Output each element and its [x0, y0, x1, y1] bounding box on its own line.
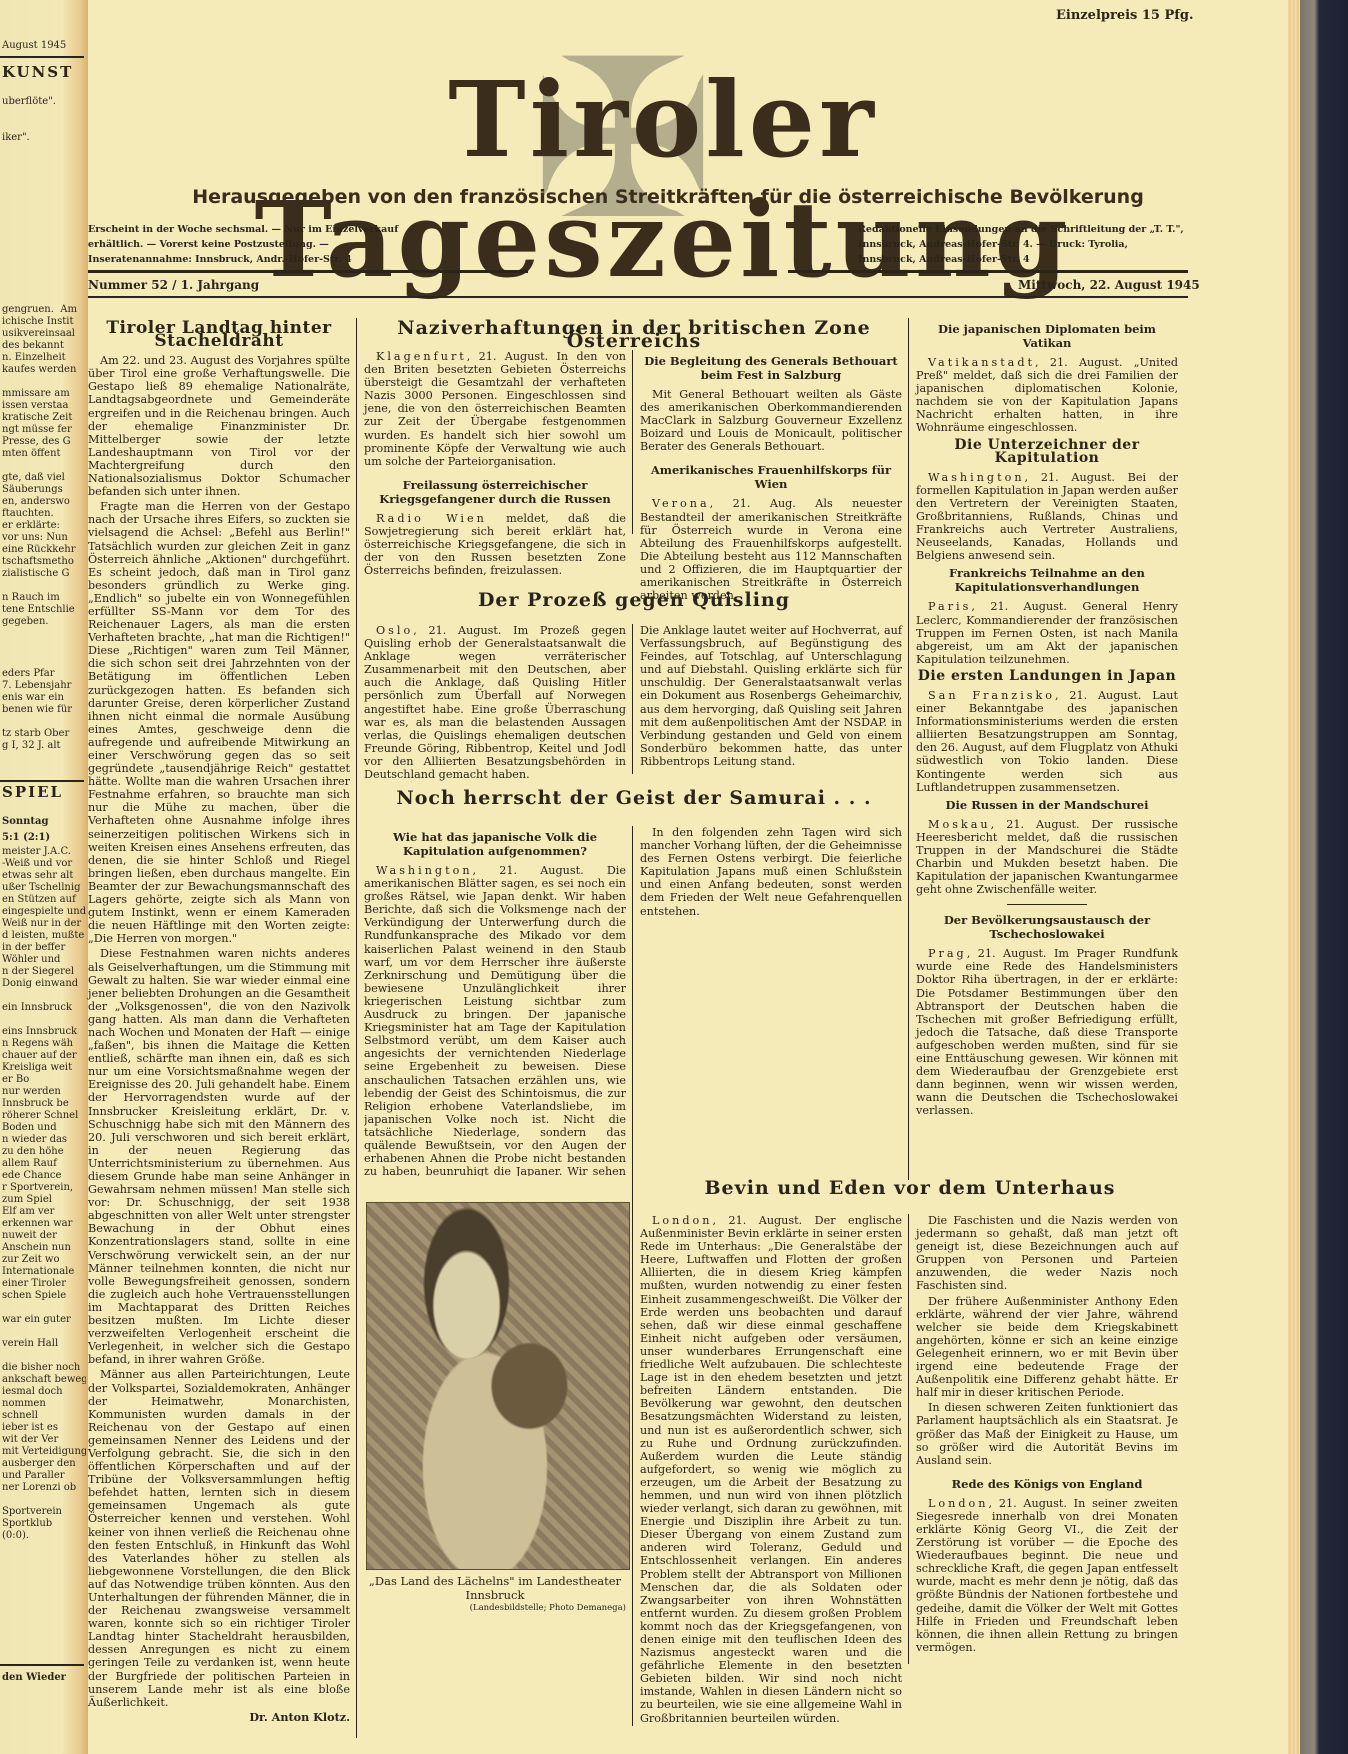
- article-landtag: Tiroler Landtag hinter Stacheldraht Am 2…: [88, 318, 350, 1724]
- subheadline: Wie hat das japanische Volk die Kapitula…: [364, 830, 626, 858]
- book-binding: [1300, 0, 1348, 1754]
- article-paragraph: Mit General Bethouart weilten als Gäste …: [640, 388, 902, 453]
- article-bevin-part1: London, 21. August. Der englische Außenm…: [640, 1214, 902, 1734]
- photo-caption: „Das Land des Lächelns" im Landestheater…: [364, 1574, 626, 1602]
- masthead-bottom-rule: [88, 296, 1188, 298]
- article-quisling-headline: Der Prozeß gegen Quisling: [364, 590, 904, 613]
- article-paragraph: Paris, 21. August. General Henry Leclerc…: [916, 600, 1178, 665]
- divider: [0, 56, 84, 58]
- headline: Amerikanisches Frauenhilfskorps für Wien: [640, 463, 902, 491]
- article-paragraph: Prag, 21. August. Im Prager Rundfunk wur…: [916, 947, 1178, 1117]
- adjacent-fragments-sport: meister J.A.C. -Weiß und vor etwas sehr …: [2, 846, 86, 1542]
- article-samurai-headline: Noch herrscht der Geist der Samurai . . …: [364, 788, 904, 811]
- headline: Tiroler Landtag hinter Stacheldraht: [88, 322, 350, 348]
- article-paragraph: Oslo, 21. August. Im Prozeß gegen Quisli…: [364, 624, 626, 781]
- publication-note: Erscheint in der Woche sechsmal. — Nur i…: [88, 222, 418, 267]
- editorial-note: Redaktionelle Einsendungen an die Schrif…: [858, 222, 1188, 267]
- newspaper-subtitle: Herausgegeben von den französischen Stre…: [148, 186, 1188, 208]
- article-bevin-part2: Die Faschisten und die Nazis werden von …: [916, 1214, 1178, 1656]
- adjacent-section-spiel: SPIEL: [2, 786, 86, 798]
- headline: Naziverhaftungen in der britischen Zone …: [364, 322, 904, 348]
- photo-credit: (Landesbildstelle; Photo Demanega): [364, 1602, 626, 1615]
- adjacent-sport-heading: Sonntag: [2, 816, 86, 828]
- masthead-rule: [88, 270, 528, 273]
- headline: Die japanischen Diplomaten beim Vatikan: [916, 322, 1178, 350]
- article-paragraph: Vatikanstadt, 21. August. „United Preß" …: [916, 356, 1178, 435]
- adjacent-fragment-bottom: den Wieder: [2, 1672, 86, 1684]
- issue-date: Mittwoch, 22. August 1945: [1018, 278, 1200, 292]
- headline: Freilassung österreichischer Kriegsgefan…: [364, 478, 626, 506]
- newspaper-page: Einzelpreis 15 Pfg. ✠ Tiroler Tageszeitu…: [88, 0, 1288, 1754]
- article-samurai-part1: Wie hat das japanische Volk die Kapitula…: [364, 826, 626, 1176]
- column-rule: [908, 1214, 909, 1664]
- issue-number: Nummer 52 / 1. Jahrgang: [88, 278, 259, 292]
- adjacent-section-kunst: KUNST: [2, 66, 86, 78]
- article-paragraph: Radio Wien meldet, daß die Sowjetregieru…: [364, 512, 626, 577]
- headline: Rede des Königs von England: [916, 1477, 1178, 1491]
- headline: Die ersten Landungen in Japan: [916, 670, 1178, 683]
- article-paragraph: London, 21. August. In seiner zweiten Si…: [916, 1497, 1178, 1654]
- article-paragraph: In den folgenden zehn Tagen wird sich ma…: [640, 826, 902, 918]
- article-samurai-part2: In den folgenden zehn Tagen wird sich ma…: [640, 826, 902, 920]
- theater-photo: [366, 1202, 630, 1570]
- column-rule: [632, 350, 633, 534]
- article-paragraph: Am 22. und 23. August des Vorjahres spül…: [88, 354, 350, 498]
- article-paragraph: Moskau, 21. August. Der russische Heeres…: [916, 818, 1178, 897]
- headline: Der Bevölkerungsaustausch der Tschechosl…: [916, 913, 1178, 941]
- article-paragraph: Washington, 21. August. Die amerikanisch…: [364, 864, 626, 1176]
- headline: Der Prozeß gegen Quisling: [364, 594, 904, 607]
- article-paragraph: Die Faschisten und die Nazis werden von …: [916, 1214, 1178, 1293]
- article-bevin-headline: Bevin und Eden vor dem Unterhaus: [640, 1178, 1180, 1201]
- adjacent-fragments-low: eders Pfar 7. Lebensjahr enis war ein be…: [2, 668, 86, 752]
- column-rule: [356, 318, 357, 1738]
- column-rule: [632, 826, 633, 1726]
- article-naziverhaftungen: Klagenfurt, 21. August. In den von den B…: [364, 350, 626, 579]
- adjacent-sport-score: 5:1 (2:1): [2, 832, 86, 844]
- article-bethouart: Die Begleitung des Generals Bethouart be…: [640, 350, 902, 604]
- headline: Noch herrscht der Geist der Samurai . . …: [364, 792, 904, 805]
- article-paragraph: Diese Festnahmen waren nichts anderes al…: [88, 947, 350, 1366]
- article-paragraph: Washington, 21. August. Bei der formelle…: [916, 471, 1178, 563]
- article-body: Am 22. und 23. August des Vorjahres spül…: [88, 354, 350, 1709]
- headline: Die Russen in der Mandschurei: [916, 798, 1178, 812]
- article-paragraph: Die Anklage lautet weiter auf Hochverrat…: [640, 624, 902, 768]
- author-signature: Dr. Anton Klotz.: [88, 1711, 350, 1724]
- article-naziverhaftungen-headline: Naziverhaftungen in der britischen Zone …: [364, 318, 904, 354]
- adjacent-fragments-top: uberflöte". iker".: [2, 96, 86, 144]
- divider: [1007, 904, 1087, 905]
- article-paragraph: San Franzisko, 21. August. Laut einer Be…: [916, 689, 1178, 794]
- article-paragraph: Verona, 21. Aug. Als neuester Bestandtei…: [640, 497, 902, 602]
- divider: [0, 1664, 84, 1666]
- photo-block: „Das Land des Lächelns" im Landestheater…: [364, 1196, 626, 1615]
- adjacent-page-strip: August 1945 KUNST uberflöte". iker". gen…: [0, 0, 88, 1754]
- headline: Die Begleitung des Generals Bethouart be…: [640, 354, 902, 382]
- article-paragraph: Klagenfurt, 21. August. In den von den B…: [364, 350, 626, 468]
- article-paragraph: Der frühere Außenminister Anthony Eden e…: [916, 1295, 1178, 1400]
- headline: Bevin und Eden vor dem Unterhaus: [640, 1182, 1180, 1195]
- column-rule: [908, 318, 909, 1180]
- adjacent-fragments-mid: gengruen. Am ichische Instit usikvereins…: [2, 304, 86, 628]
- price: Einzelpreis 15 Pfg.: [1056, 8, 1193, 23]
- article-body: Mit General Bethouart weilten als Gäste …: [640, 388, 902, 453]
- column-rule: [632, 624, 633, 774]
- article-quisling-part2: Die Anklage lautet weiter auf Hochverrat…: [640, 624, 902, 770]
- headline: Die Unterzeichner der Kapitulation: [916, 439, 1178, 465]
- article-paragraph: In diesen schweren Zeiten funktioniert d…: [916, 1401, 1178, 1466]
- headline: Frankreichs Teilnahme an den Kapitulatio…: [916, 566, 1178, 594]
- adjacent-date: August 1945: [2, 40, 86, 52]
- right-column-briefs: Die japanischen Diplomaten beim Vatikan …: [916, 318, 1178, 1120]
- masthead-rule: [788, 270, 1188, 273]
- article-paragraph: Fragte man die Herren von der Gestapo na…: [88, 500, 350, 945]
- article-paragraph: London, 21. August. Der englische Außenm…: [640, 1214, 902, 1725]
- article-quisling-part1: Oslo, 21. August. Im Prozeß gegen Quisli…: [364, 624, 626, 783]
- article-paragraph: Männer aus allen Parteirichtungen, Leute…: [88, 1368, 350, 1708]
- divider: [0, 780, 84, 782]
